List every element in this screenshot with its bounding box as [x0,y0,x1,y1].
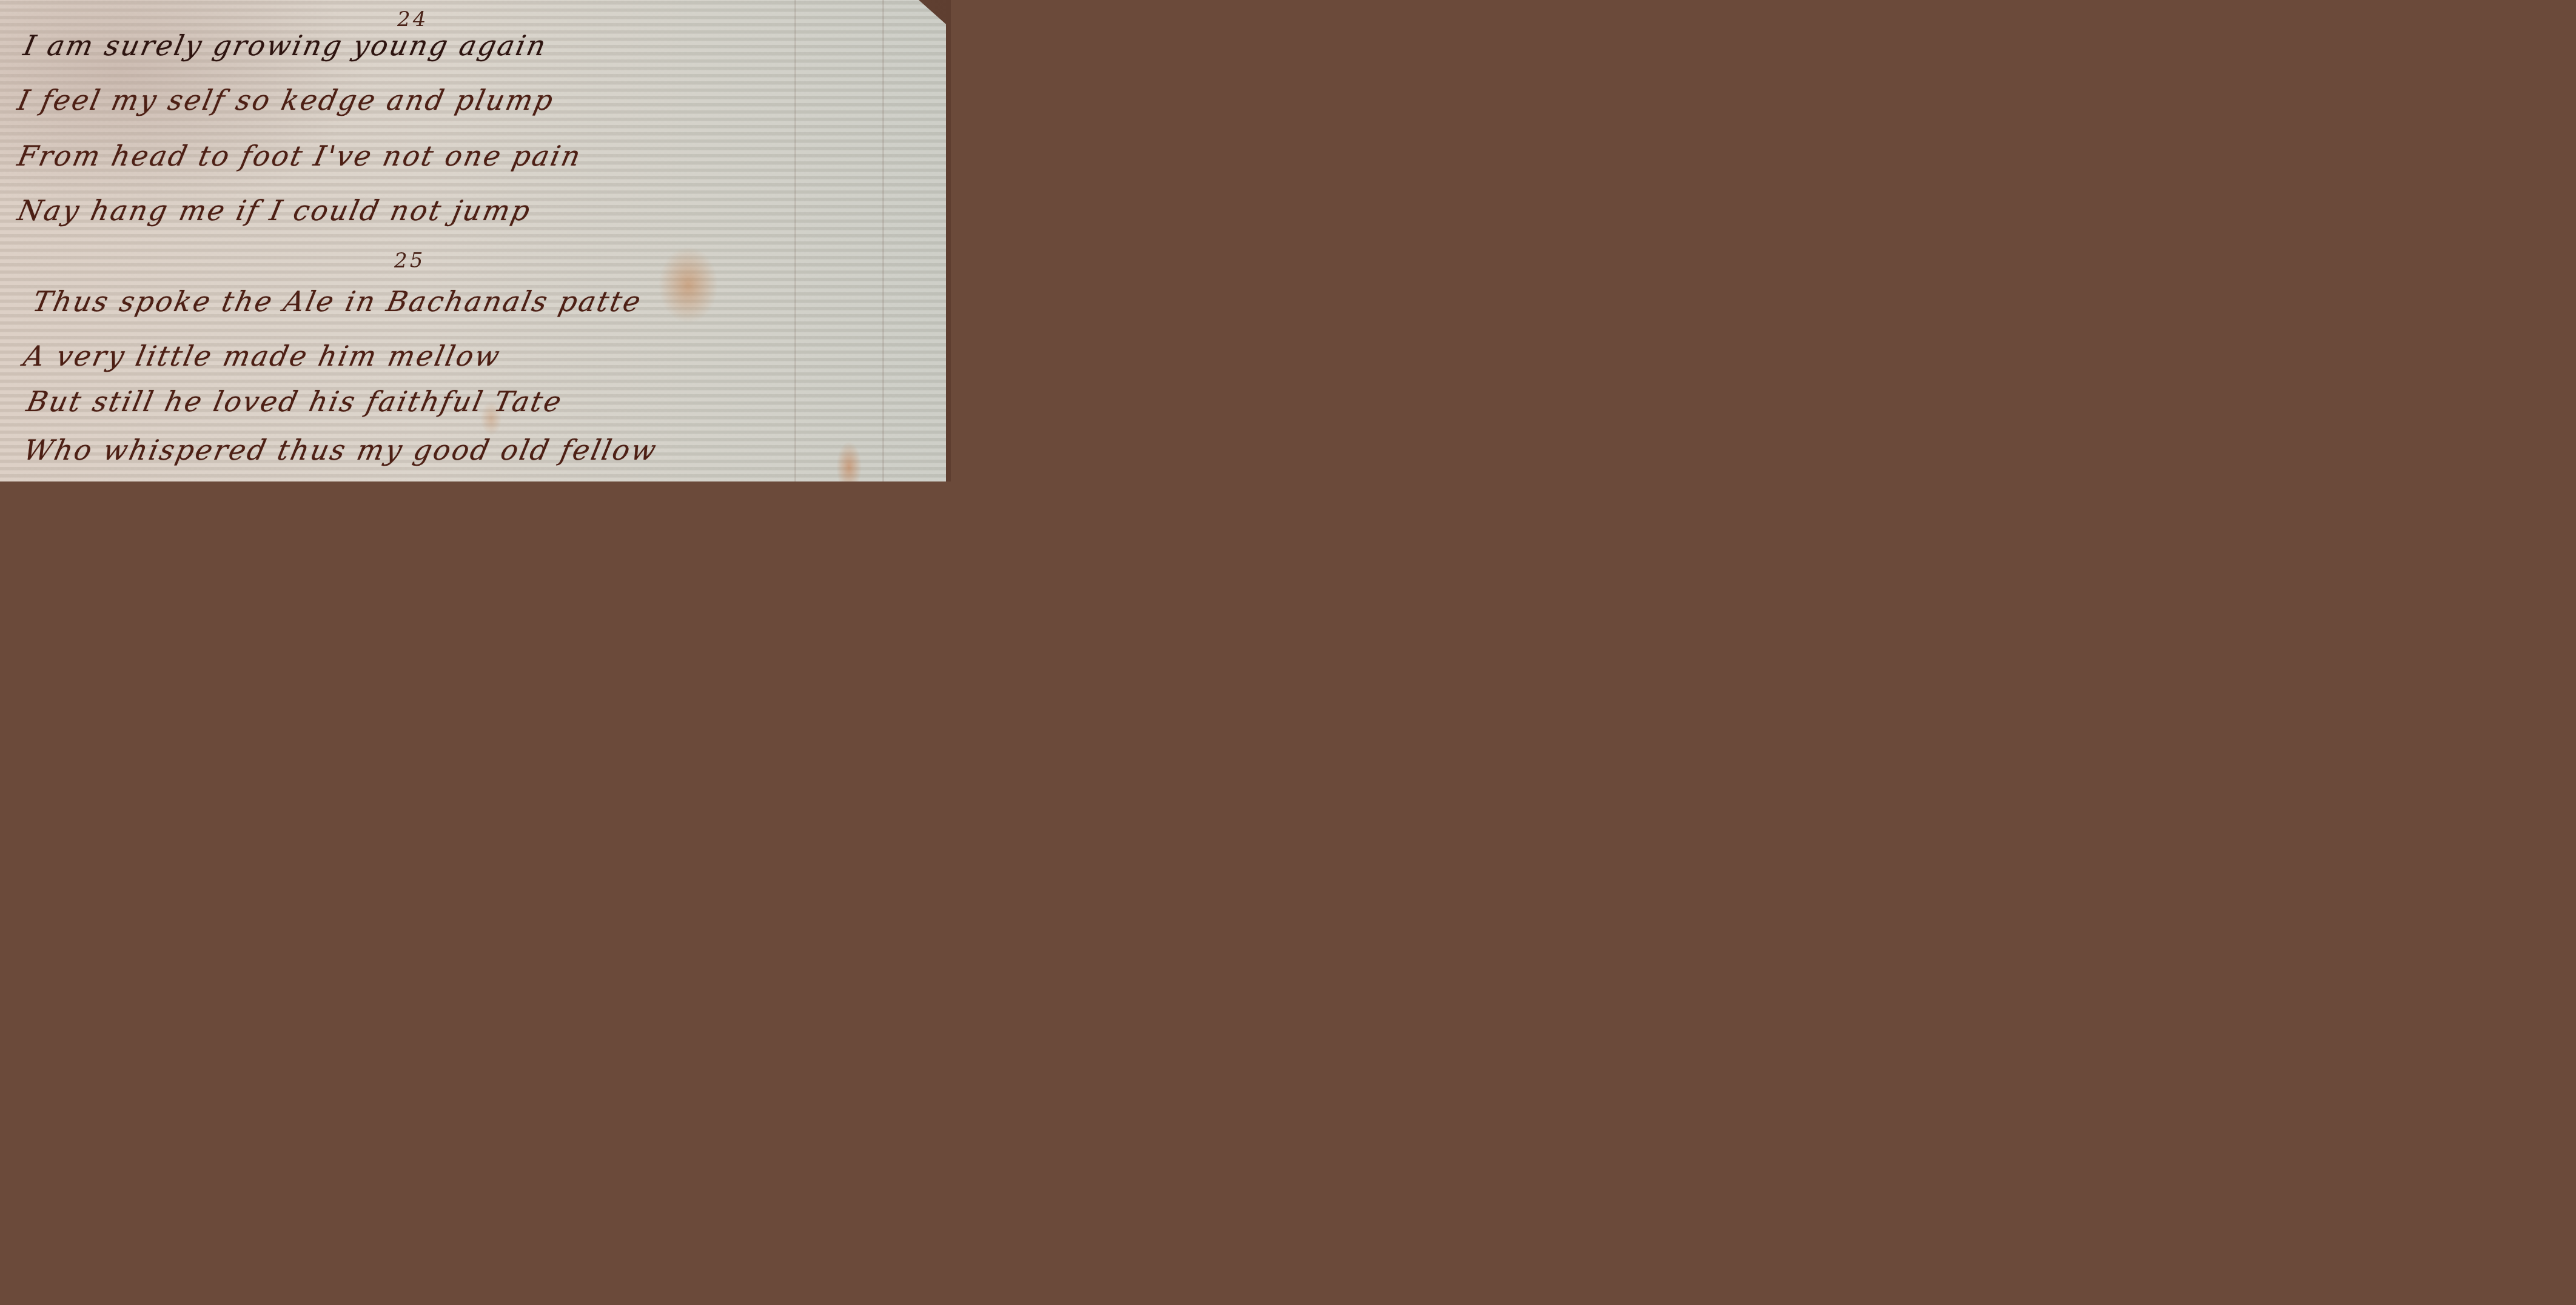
verse-line: A very little made him mellow [21,340,504,372]
stanza-number: 25 [394,249,425,273]
verse-line: Thus spoke the Ale in Bachanals patte [30,285,645,318]
paper-fold-line [882,0,884,481]
verse-line: Who whispered thus my good old fellow [21,434,660,466]
verse-line: From head to foot I've not one pain [15,139,585,172]
verse-line: I am surely growing young again [21,29,550,62]
stanza-number: 24 [397,7,428,32]
verse-line: But still he loved his faithful Tate [24,385,566,418]
manuscript-page: 24 I am surely growing young again I fee… [0,0,946,481]
verse-line: I feel my self so kedge and plump [15,84,557,116]
paper-fold-line [794,0,796,481]
verse-line: Nay hang me if I could not jump [15,194,534,227]
